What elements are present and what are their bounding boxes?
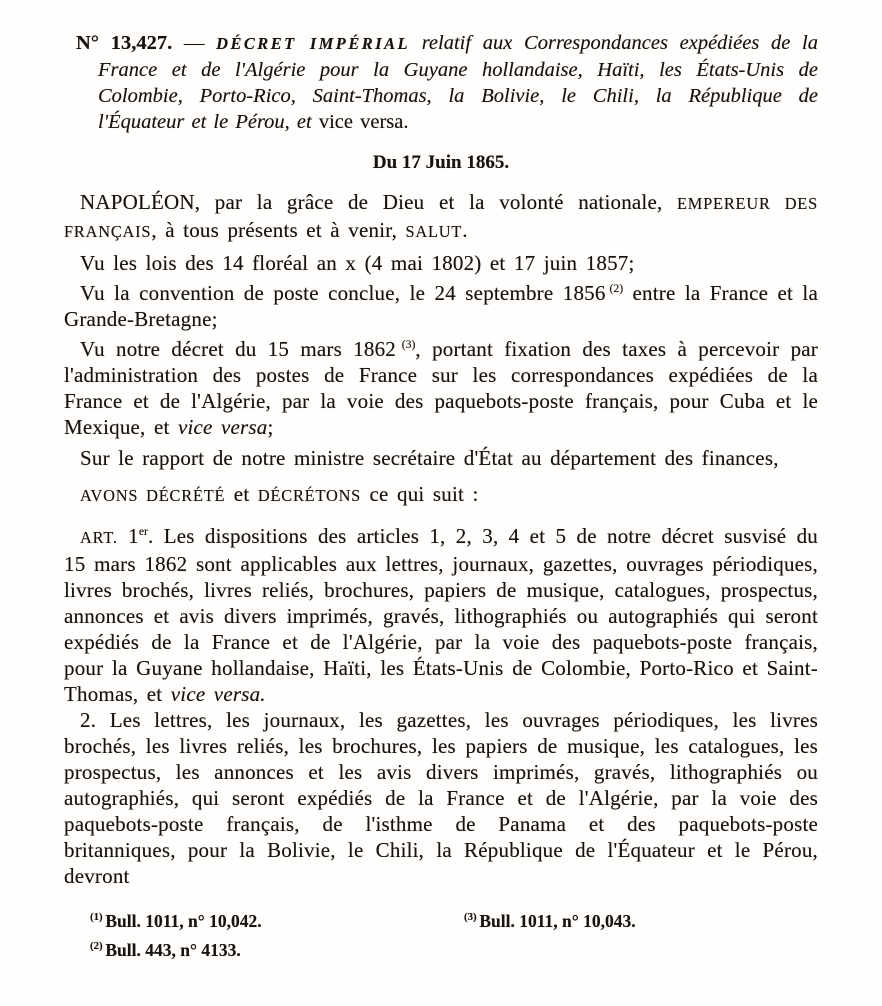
paragraph-avons-decrete: AVONS DÉCRÉTÉ et DÉCRÉTONS ce qui suit : bbox=[64, 481, 818, 509]
footnote-column-right: (3) Bull. 1011, n° 10,043. bbox=[464, 905, 818, 963]
text-run: Vu la convention de poste conclue, le 24… bbox=[80, 281, 606, 305]
text-run: . bbox=[462, 218, 467, 242]
text-run: — bbox=[184, 32, 216, 54]
decree-header: N° 13,427. — DÉCRET IMPÉRIAL relatif aux… bbox=[64, 30, 818, 135]
text-run: , à tous présents et à venir, bbox=[151, 218, 405, 242]
text-run: Sur le rapport de notre ministre secréta… bbox=[80, 446, 779, 470]
paragraph-vu-decret: Vu notre décret du 15 mars 1862 (3), por… bbox=[64, 332, 818, 440]
document-page: N° 13,427. — DÉCRET IMPÉRIAL relatif aux… bbox=[0, 0, 882, 1006]
text-run: ART. bbox=[80, 528, 118, 547]
paragraph-article-1: ART. 1er. Les dispositions des articles … bbox=[64, 519, 818, 707]
text-run: (1) bbox=[90, 911, 105, 923]
paragraph-rapport: Sur le rapport de notre ministre secréta… bbox=[64, 445, 818, 471]
paragraph-vu-lois: Vu les lois des 14 floréal an x (4 mai 1… bbox=[64, 250, 818, 276]
text-run: SALUT bbox=[406, 222, 463, 241]
footnotes: (1) Bull. 1011, n° 10,042. (2) Bull. 443… bbox=[64, 905, 818, 963]
text-run: DÉCRÉTONS bbox=[258, 486, 361, 505]
paragraph-vu-convention: Vu la convention de poste conclue, le 24… bbox=[64, 276, 818, 332]
text-run: ; bbox=[268, 415, 274, 439]
text-run: ce qui suit : bbox=[361, 482, 478, 506]
text-run: N° 13,427. bbox=[76, 32, 184, 54]
text-run: . Les dispositions des articles 1, 2, 3,… bbox=[64, 524, 818, 706]
footnote-3: (3) Bull. 1011, n° 10,043. bbox=[464, 905, 818, 934]
text-run: et bbox=[225, 482, 257, 506]
paragraph-article-2: 2. Les lettres, les journaux, les gazett… bbox=[64, 707, 818, 889]
decree-date: Du 17 Juin 1865. bbox=[64, 152, 818, 174]
footnote-1: (1) Bull. 1011, n° 10,042. bbox=[90, 905, 464, 934]
text-run: Vu notre décret du 15 mars 1862 bbox=[80, 337, 396, 361]
text-run: NAPOLÉON, par la grâce de Dieu et la vol… bbox=[80, 190, 677, 214]
footnote-column-left: (1) Bull. 1011, n° 10,042. (2) Bull. 443… bbox=[64, 905, 464, 963]
text-run: Bull. 1011, n° 10,043. bbox=[479, 911, 635, 931]
text-run: AVONS DÉCRÉTÉ bbox=[80, 486, 225, 505]
footnote-2: (2) Bull. 443, n° 4133. bbox=[90, 934, 464, 963]
text-run: DÉCRET IMPÉRIAL bbox=[216, 34, 410, 53]
text-run: vice versa bbox=[178, 415, 268, 439]
text-run: Bull. 1011, n° 10,042. bbox=[105, 911, 261, 931]
text-run: Vu les lois des 14 floréal an x (4 mai 1… bbox=[80, 251, 635, 275]
text-run: 2. Les lettres, les journaux, les gazett… bbox=[64, 708, 818, 888]
text-run: (3) bbox=[464, 911, 479, 923]
text-run: (2) bbox=[606, 282, 624, 295]
text-run: 1 bbox=[118, 524, 139, 548]
text-run: vice versa. bbox=[171, 682, 266, 706]
text-run: Bull. 443, n° 4133. bbox=[105, 940, 240, 960]
text-run: vice versa. bbox=[319, 111, 409, 133]
text-run: (2) bbox=[90, 940, 105, 952]
text-run: er bbox=[139, 525, 148, 538]
text-run: (3) bbox=[396, 338, 415, 351]
paragraph-preamble: NAPOLÉON, par la grâce de Dieu et la vol… bbox=[64, 189, 818, 245]
